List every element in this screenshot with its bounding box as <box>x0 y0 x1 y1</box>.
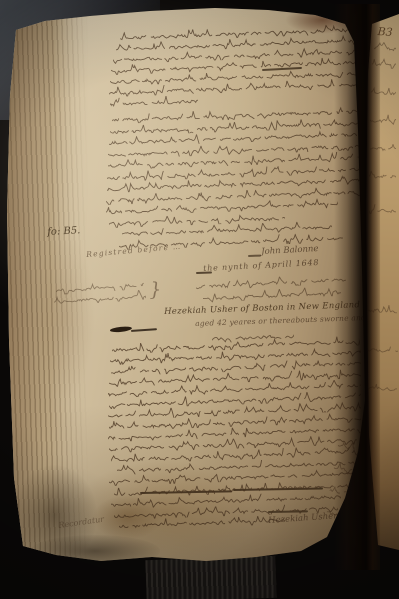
handwriting-line <box>368 344 398 355</box>
facing-page-writing <box>366 14 399 550</box>
ink-blot-tail <box>131 328 157 331</box>
handwriting-line <box>367 382 397 393</box>
handwriting-line <box>370 142 396 153</box>
handwriting-line <box>368 304 397 315</box>
handwriting-line <box>372 58 396 69</box>
folio-margin-note: fo: B5. <box>47 226 81 238</box>
writing-layer: fo: B5. Registred before … } the nynth o… <box>0 0 375 575</box>
handwriting-line <box>371 86 396 97</box>
margin-brace: } <box>149 281 162 300</box>
handwriting-line <box>369 204 396 215</box>
facing-page: B3 <box>366 14 399 550</box>
handwriting-line <box>110 95 198 108</box>
date-line: the nynth of Aprill 1648 <box>203 259 319 273</box>
book-stand <box>145 556 276 599</box>
witness-signature: John Balonne <box>261 245 319 256</box>
handwriting-line <box>370 114 396 125</box>
recordatur-note: Recordatur <box>58 516 105 530</box>
facing-folio-mark: B3 <box>377 26 393 38</box>
ink-blot <box>110 326 132 333</box>
handwriting-line <box>369 170 396 181</box>
left-page: fo: B5. Registred before … } the nynth o… <box>0 0 375 575</box>
handwriting-line <box>374 42 396 53</box>
dash-mark <box>248 255 261 257</box>
manuscript-photo: B3 fo: B5. Registred before … } the nynt <box>0 0 399 599</box>
heading-line-2: aged 42 yeares or thereabouts sworne and… <box>195 313 390 327</box>
